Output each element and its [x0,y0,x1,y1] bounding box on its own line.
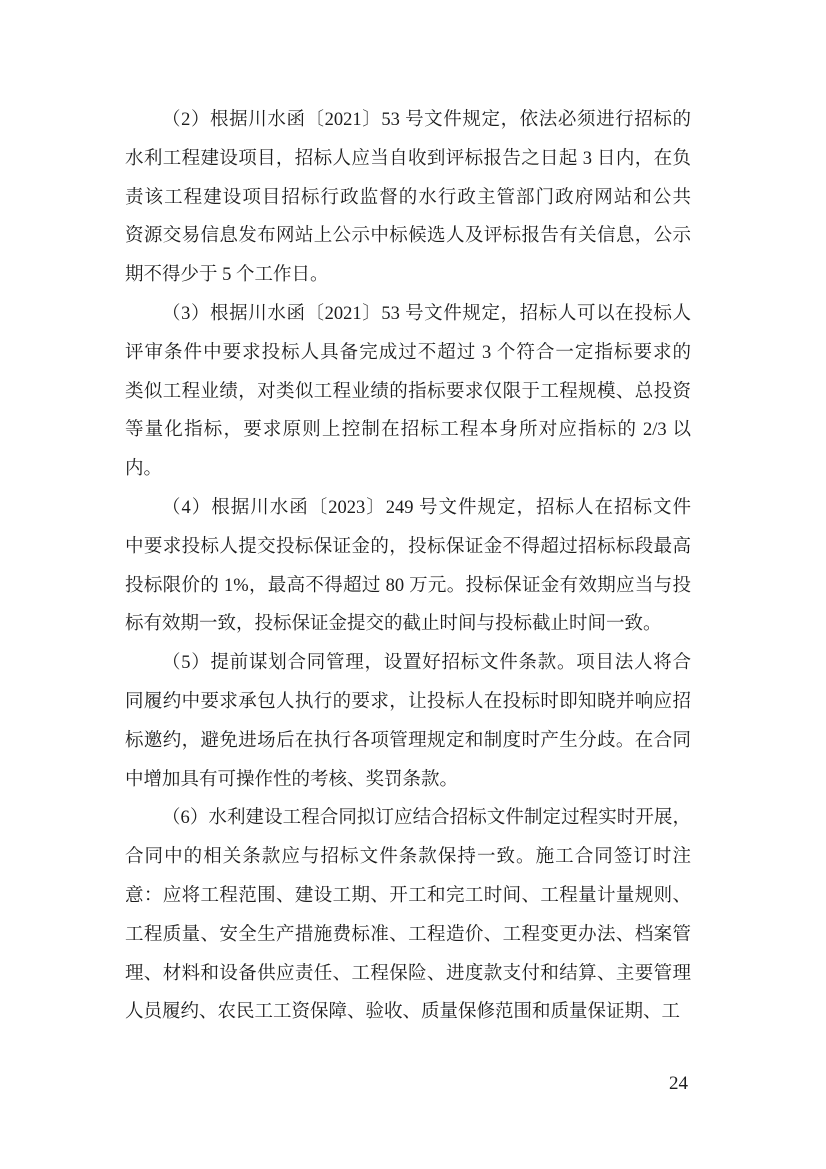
paragraph: （5）提前谋划合同管理，设置好招标文件条款。项目法人将合 同履约中要求承包人执行… [125,644,691,799]
text-line: 内。 [125,450,691,489]
text-line: （6）水利建设工程合同拟订应结合招标文件制定过程实时开展， [125,799,691,838]
text-line: 同履约中要求承包人执行的要求，让投标人在投标时即知晓并响应招 [125,683,691,722]
text-line: 资源交易信息发布网站上公示中标候选人及评标报告有关信息，公示 [125,217,691,256]
text-line: 评审条件中要求投标人具备完成过不超过 3 个符合一定指标要求的 [125,334,691,373]
text-line: （4）根据川水函〔2023〕249 号文件规定，招标人在招标文件 [125,489,691,528]
text-line: 等量化指标，要求原则上控制在招标工程本身所对应指标的 2/3 以 [125,411,691,450]
paragraph: （2）根据川水函〔2021〕53 号文件规定，依法必须进行招标的 水利工程建设项… [125,101,691,295]
text-line: 人员履约、农民工工资保障、验收、质量保修范围和质量保证期、工 [125,993,691,1032]
text-line: 标有效期一致，投标保证金提交的截止时间与投标截止时间一致。 [125,605,691,644]
text-line: 合同中的相关条款应与招标文件条款保持一致。施工合同签订时注 [125,838,691,877]
text-line: 中增加具有可操作性的考核、奖罚条款。 [125,761,691,800]
paragraph: （6）水利建设工程合同拟订应结合招标文件制定过程实时开展， 合同中的相关条款应与… [125,799,691,1032]
text-line: （2）根据川水函〔2021〕53 号文件规定，依法必须进行招标的 [125,101,691,140]
document-page: （2）根据川水函〔2021〕53 号文件规定，依法必须进行招标的 水利工程建设项… [0,0,826,1169]
text-line: （5）提前谋划合同管理，设置好招标文件条款。项目法人将合 [125,644,691,683]
text-line: 意：应将工程范围、建设工期、开工和完工时间、工程量计量规则、 [125,877,691,916]
paragraph: （4）根据川水函〔2023〕249 号文件规定，招标人在招标文件 中要求投标人提… [125,489,691,644]
text-line: 工程质量、安全生产措施费标准、工程造价、工程变更办法、档案管 [125,916,691,955]
text-line: 中要求投标人提交投标保证金的，投标保证金不得超过招标标段最高 [125,528,691,567]
text-line: 理、材料和设备供应责任、工程保险、进度款支付和结算、主要管理 [125,955,691,994]
text-line: 水利工程建设项目，招标人应当自收到评标报告之日起 3 日内，在负 [125,140,691,179]
page-number: 24 [669,1073,688,1095]
text-line: 类似工程业绩，对类似工程业绩的指标要求仅限于工程规模、总投资 [125,373,691,412]
document-body: （2）根据川水函〔2021〕53 号文件规定，依法必须进行招标的 水利工程建设项… [125,101,691,1032]
paragraph: （3）根据川水函〔2021〕53 号文件规定，招标人可以在投标人 评审条件中要求… [125,295,691,489]
text-line: 期不得少于 5 个工作日。 [125,256,691,295]
text-line: （3）根据川水函〔2021〕53 号文件规定，招标人可以在投标人 [125,295,691,334]
text-line: 标邀约，避免进场后在执行各项管理规定和制度时产生分歧。在合同 [125,722,691,761]
text-line: 责该工程建设项目招标行政监督的水行政主管部门政府网站和公共 [125,179,691,218]
text-line: 投标限价的 1%，最高不得超过 80 万元。投标保证金有效期应当与投 [125,567,691,606]
